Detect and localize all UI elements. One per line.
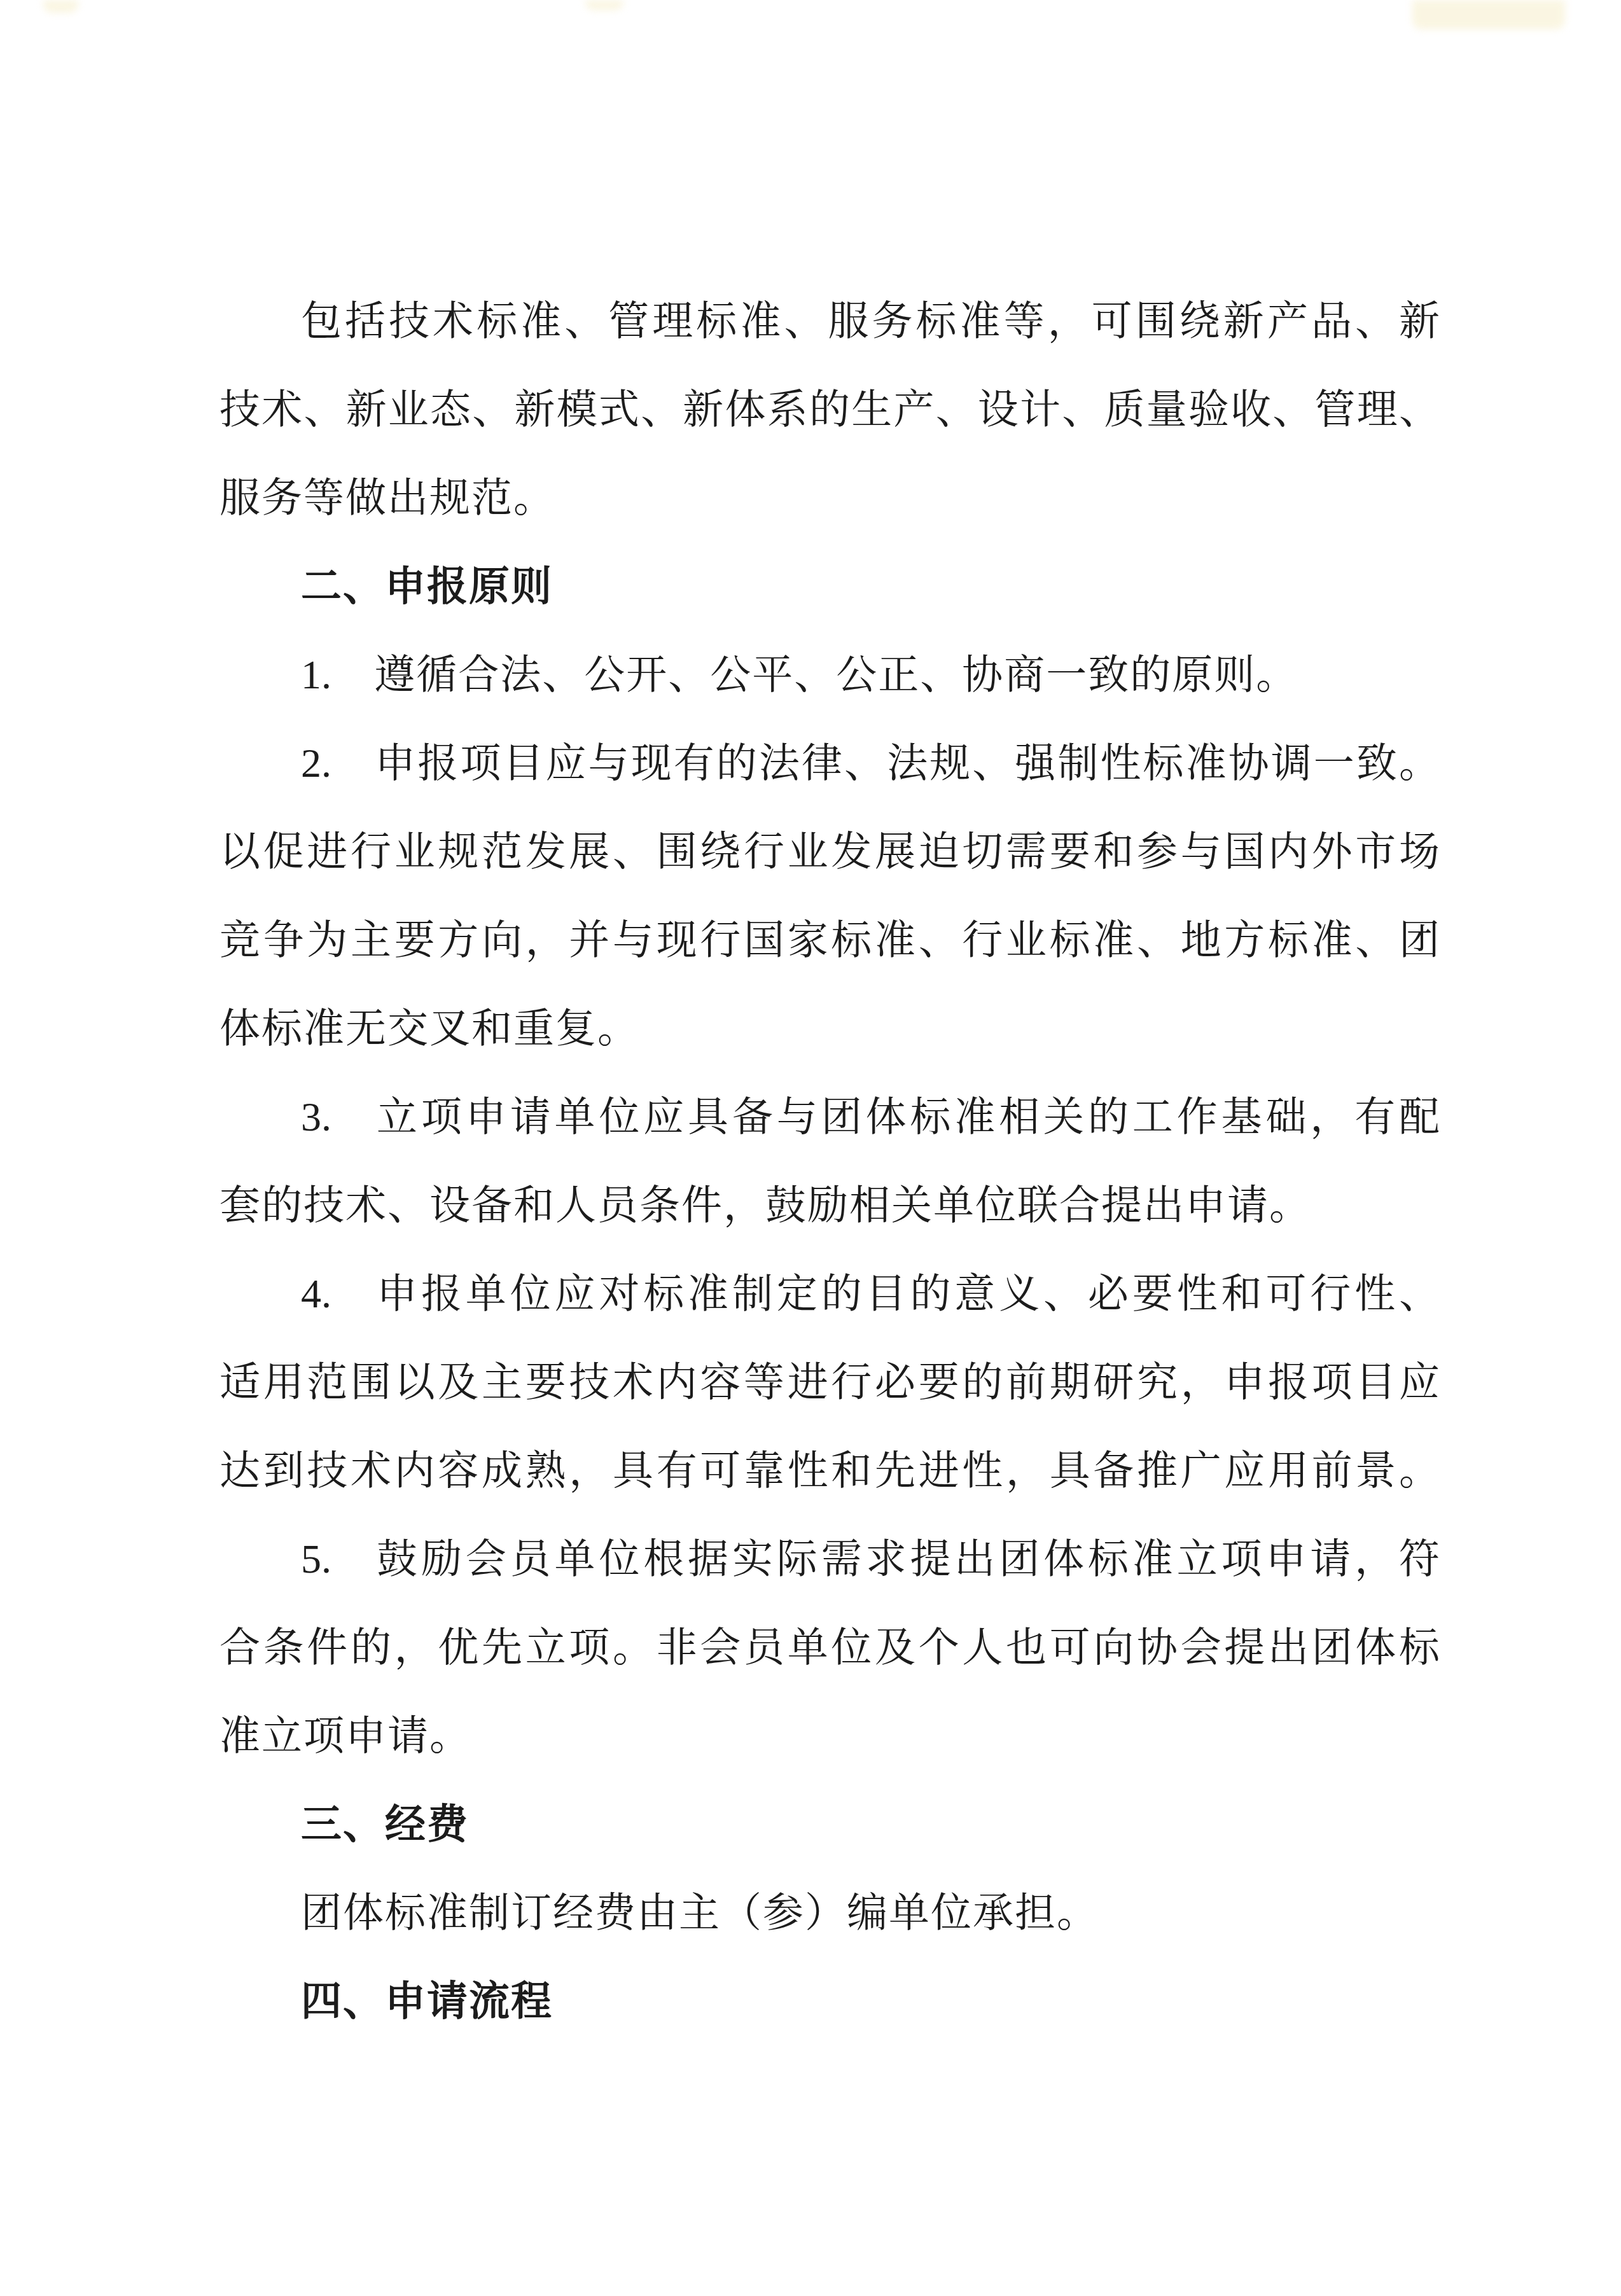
text-line-content: 体标准无交叉和重复。	[219, 1006, 639, 1051]
text-line: 4.申报单位应对标准制定的目的意义、必要性和可行性、	[219, 1249, 1441, 1338]
text-line-content: 申报项目应与现有的法律、法规、强制性标准协调一致。	[374, 741, 1441, 786]
section-heading: 四、申请流程	[219, 1957, 1441, 2045]
text-line: 5.鼓励会员单位根据实际需求提出团体标准立项申请，符	[219, 1515, 1441, 1603]
text-line: 包括技术标准、管理标准、服务标准等，可围绕新产品、新	[219, 277, 1441, 365]
scan-artifact	[1412, 0, 1565, 29]
text-line: 套的技术、设备和人员条件，鼓励相关单位联合提出申请。	[219, 1161, 1441, 1249]
text-line-content: 竞争为主要方向，并与现行国家标准、行业标准、地方标准、团	[219, 917, 1441, 963]
text-line: 准立项申请。	[219, 1692, 1441, 1780]
text-line-content: 鼓励会员单位根据实际需求提出团体标准立项申请，符	[374, 1536, 1441, 1582]
text-line-content: 遵循合法、公开、公平、公正、协商一致的原则。	[374, 652, 1298, 697]
section-heading-label: 二、申报原则	[301, 563, 553, 609]
text-line: 服务等做出规范。	[219, 454, 1441, 542]
list-number: 2.	[301, 719, 374, 807]
text-line: 技术、新业态、新模式、新体系的生产、设计、质量验收、管理、	[219, 365, 1441, 454]
section-heading: 二、申报原则	[219, 542, 1441, 630]
text-line-content: 适用范围以及主要技术内容等进行必要的前期研究，申报项目应	[219, 1360, 1441, 1405]
text-line: 竞争为主要方向，并与现行国家标准、行业标准、地方标准、团	[219, 896, 1441, 984]
text-line-content: 达到技术内容成熟，具有可靠性和先进性，具备推广应用前景。	[219, 1448, 1441, 1493]
text-line-content: 套的技术、设备和人员条件，鼓励相关单位联合提出申请。	[219, 1183, 1311, 1228]
text-line: 体标准无交叉和重复。	[219, 984, 1441, 1073]
text-line: 团体标准制订经费由主（参）编单位承担。	[219, 1868, 1441, 1957]
text-line: 以促进行业规范发展、围绕行业发展迫切需要和参与国内外市场	[219, 807, 1441, 896]
section-heading-label: 三、经费	[301, 1801, 469, 1847]
section-heading: 三、经费	[219, 1780, 1441, 1868]
text-line-content: 技术、新业态、新模式、新体系的生产、设计、质量验收、管理、	[219, 387, 1441, 432]
text-line-content: 包括技术标准、管理标准、服务标准等，可围绕新产品、新	[301, 298, 1441, 344]
section-heading-label: 四、申请流程	[301, 1978, 553, 2024]
text-line-content: 服务等做出规范。	[219, 475, 555, 520]
text-line-content: 立项申请单位应具备与团体标准相关的工作基础，有配	[374, 1094, 1441, 1139]
text-line: 3.立项申请单位应具备与团体标准相关的工作基础，有配	[219, 1073, 1441, 1161]
text-line-content: 以促进行业规范发展、围绕行业发展迫切需要和参与国内外市场	[219, 829, 1441, 874]
text-line: 合条件的，优先立项。非会员单位及个人也可向协会提出团体标	[219, 1603, 1441, 1692]
text-line-content: 团体标准制订经费由主（参）编单位承担。	[301, 1890, 1099, 1935]
text-line: 适用范围以及主要技术内容等进行必要的前期研究，申报项目应	[219, 1338, 1441, 1426]
list-number: 3.	[301, 1073, 374, 1161]
text-line: 达到技术内容成熟，具有可靠性和先进性，具备推广应用前景。	[219, 1426, 1441, 1515]
text-line-content: 准立项申请。	[219, 1713, 471, 1758]
list-number: 5.	[301, 1515, 374, 1603]
scan-artifact	[585, 0, 623, 10]
text-line: 1.遵循合法、公开、公平、公正、协商一致的原则。	[219, 630, 1441, 719]
document-body: 包括技术标准、管理标准、服务标准等，可围绕新产品、新技术、新业态、新模式、新体系…	[219, 277, 1441, 2045]
scan-artifact	[43, 0, 78, 13]
list-number: 4.	[301, 1249, 374, 1338]
text-line: 2.申报项目应与现有的法律、法规、强制性标准协调一致。	[219, 719, 1441, 807]
document-page: 包括技术标准、管理标准、服务标准等，可围绕新产品、新技术、新业态、新模式、新体系…	[0, 0, 1621, 2296]
text-line-content: 申报单位应对标准制定的目的意义、必要性和可行性、	[374, 1271, 1441, 1316]
list-number: 1.	[301, 630, 374, 719]
text-line-content: 合条件的，优先立项。非会员单位及个人也可向协会提出团体标	[219, 1625, 1441, 1670]
